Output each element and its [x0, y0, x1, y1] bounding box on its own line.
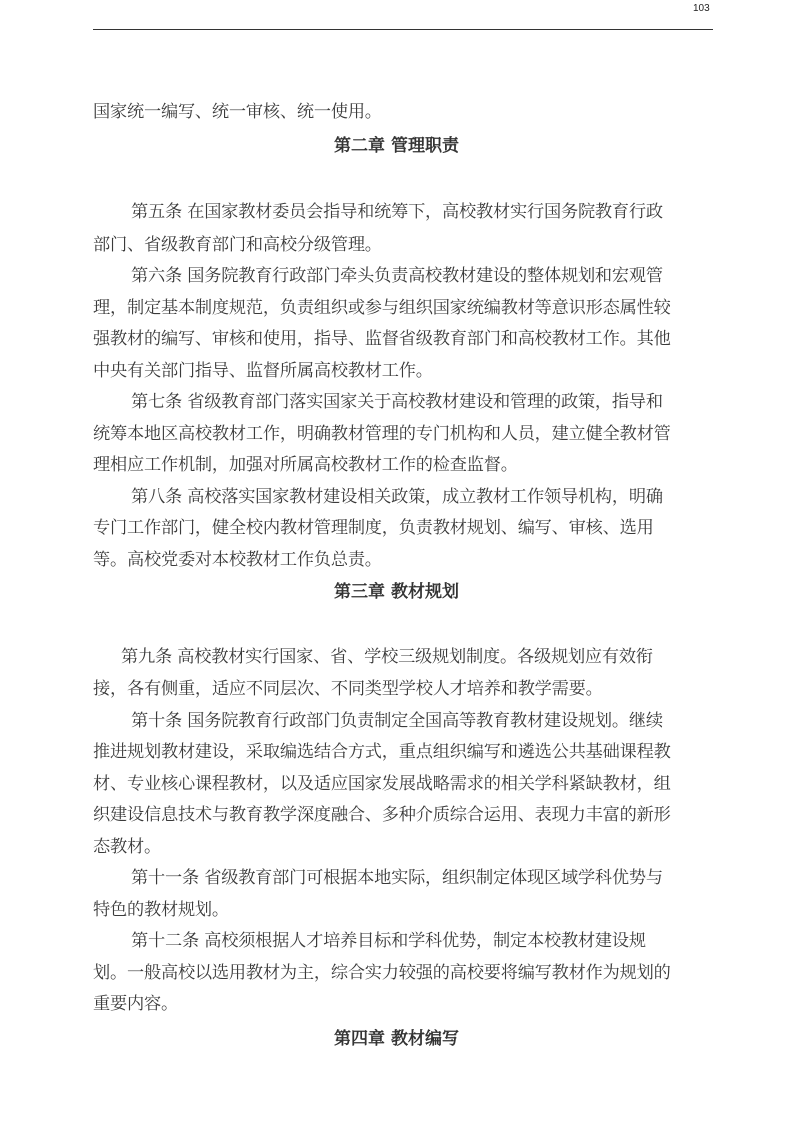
page-number: 103 — [693, 3, 710, 14]
text-line: 等。高校党委对本校教材工作负总责。 — [93, 548, 718, 572]
text-line: 第七条 省级教育部门落实国家关于高校教材建设和管理的政策，指导和 — [131, 390, 721, 414]
chapter-heading-3: 第三章 教材规划 — [0, 580, 793, 604]
text-line: 第十二条 高校须根据人才培养目标和学科优势，制定本校教材建设规 — [131, 929, 721, 953]
text-line: 第九条 高校教材实行国家、省、学校三级规划制度。各级规划应有效衔 — [121, 645, 711, 669]
text-line: 专门工作部门，健全校内教材管理制度，负责教材规划、编写、审核、选用 — [93, 516, 718, 540]
text-line: 第五条 在国家教材委员会指导和统筹下，高校教材实行国务院教育行政 — [131, 200, 721, 224]
text-line: 理相应工作机制，加强对所属高校教材工作的检查监督。 — [93, 453, 718, 477]
text-line: 态教材。 — [93, 835, 718, 859]
text-line: 第八条 高校落实国家教材建设相关政策，成立教材工作领导机构，明确 — [131, 485, 721, 509]
chapter-heading-2: 第二章 管理职责 — [0, 134, 793, 158]
text-line: 理，制定基本制度规范，负责组织或参与组织国家统编教材等意识形态属性较 — [93, 296, 718, 320]
text-line: 第十条 国务院教育行政部门负责制定全国高等教育教材建设规划。继续 — [131, 709, 721, 733]
text-line: 材、专业核心课程教材，以及适应国家发展战略需求的相关学科紧缺教材，组 — [93, 772, 718, 796]
text-line: 推进规划教材建设，采取编选结合方式，重点组织编写和遴选公共基础课程教 — [93, 740, 718, 764]
header-rule — [93, 29, 713, 30]
text-line: 第十一条 省级教育部门可根据本地实际，组织制定体现区域学科优势与 — [131, 866, 721, 890]
text-line: 特色的教材规划。 — [93, 898, 718, 922]
text-line: 中央有关部门指导、监督所属高校教材工作。 — [93, 359, 718, 383]
text-line: 织建设信息技术与教育教学深度融合、多种介质综合运用、表现力丰富的新形 — [93, 803, 718, 827]
text-line: 划。一般高校以选用教材为主，综合实力较强的高校要将编写教材作为规划的 — [93, 961, 718, 985]
chapter-heading-4: 第四章 教材编写 — [0, 1027, 793, 1051]
text-line: 重要内容。 — [93, 992, 718, 1016]
text-line: 国家统一编写、统一审核、统一使用。 — [93, 100, 718, 124]
text-line: 第六条 国务院教育行政部门牵头负责高校教材建设的整体规划和宏观管 — [131, 264, 721, 288]
text-line: 部门、省级教育部门和高校分级管理。 — [93, 233, 718, 257]
text-line: 接，各有侧重，适应不同层次、不同类型学校人才培养和教学需要。 — [93, 677, 718, 701]
text-line: 统筹本地区高校教材工作，明确教材管理的专门机构和人员，建立健全教材管 — [93, 422, 718, 446]
text-line: 强教材的编写、审核和使用，指导、监督省级教育部门和高校教材工作。其他 — [93, 327, 718, 351]
